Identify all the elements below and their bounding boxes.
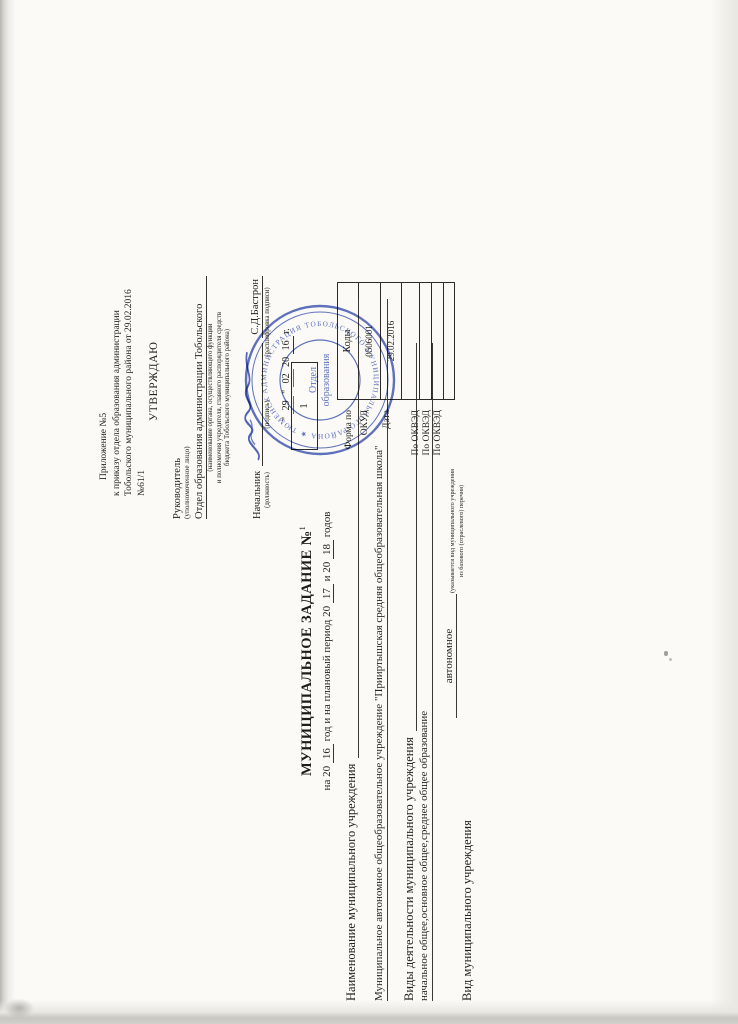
round-stamp: АДМИНИСТРАЦИЯ ТОБОЛЬСКОГО МУНИЦИПАЛЬНОГО… xyxy=(242,302,398,458)
okved-value-cell xyxy=(432,283,444,399)
approve-heading: УТВЕРЖДАЮ xyxy=(148,341,160,421)
scan-bottom-edge xyxy=(0,1000,738,1024)
blank-underline xyxy=(402,343,417,731)
approver-org: Отдел образования администрации Тобольск… xyxy=(194,276,207,519)
signer-position: Начальник xyxy=(252,471,263,519)
okved-label: По ОКВЭД xyxy=(433,410,443,455)
appendix-title: Приложение №5 xyxy=(98,271,111,480)
activity-value-row: начальное общее,основное общее,среднее о… xyxy=(418,343,433,1001)
appendix-line: к приказу отдела образования администрац… xyxy=(111,271,124,496)
scan-left-edge xyxy=(0,0,16,1024)
stamp-center-line2: образования xyxy=(321,353,332,406)
appendix-line: №61/1 xyxy=(136,271,149,496)
period-year: 18 xyxy=(321,540,334,559)
activity-label-row: Виды деятельности муниципального учрежде… xyxy=(402,343,417,1001)
document-period: на 20 16 год и на плановый период 20 17 … xyxy=(321,401,334,901)
kind-note-line: из базового (отраслевого) перечня) xyxy=(458,456,467,606)
period-year: 17 xyxy=(321,584,334,603)
okved-value-cell xyxy=(444,283,454,399)
document-title: МУНИЦИПАЛЬНОЕ ЗАДАНИЕ №1 xyxy=(298,401,316,901)
scan-corner-smudge xyxy=(4,998,34,1018)
kind-value: автономное xyxy=(443,594,457,718)
appendix-block: Приложение №5 к приказу отдела образован… xyxy=(98,271,148,496)
name-label: Наименование муниципального учреждения xyxy=(344,764,359,1001)
position-note: (должность) xyxy=(264,461,272,519)
activity-label: Виды деятельности муниципального учрежде… xyxy=(402,737,417,1001)
kind-label: Вид муниципального учреждения xyxy=(460,820,475,1001)
kind-note-line: (указывается вид муниципального учрежден… xyxy=(449,456,458,606)
appendix-line: Тобольского муниципального района от 29.… xyxy=(123,271,136,496)
kind-note: (указывается вид муниципального учрежден… xyxy=(449,456,466,606)
period-year: 16 xyxy=(321,744,334,763)
org-note-line: бюджета Тобольского муниципального район… xyxy=(224,276,233,519)
rotated-document-content: Приложение №5 к приказу отдела образован… xyxy=(12,6,724,1006)
title-footnote-mark: 1 xyxy=(298,526,307,530)
approver-role: Руководитель xyxy=(172,276,183,519)
scanned-document-page: Приложение №5 к приказу отдела образован… xyxy=(0,0,738,1024)
approver-role-note: (уполномоченное лицо) xyxy=(183,276,191,519)
stamp-center-line1: Отдел xyxy=(308,367,319,393)
org-note-line: (наименование органа, осуществляющего фу… xyxy=(207,276,216,519)
title-block: МУНИЦИПАЛЬНОЕ ЗАДАНИЕ №1 на 20 16 год и … xyxy=(298,401,334,901)
scan-speck xyxy=(664,651,668,656)
org-note-line: и полномочия учредителя, главного распор… xyxy=(216,276,225,519)
scan-speck xyxy=(669,658,672,661)
scan-right-edge xyxy=(710,0,738,1024)
